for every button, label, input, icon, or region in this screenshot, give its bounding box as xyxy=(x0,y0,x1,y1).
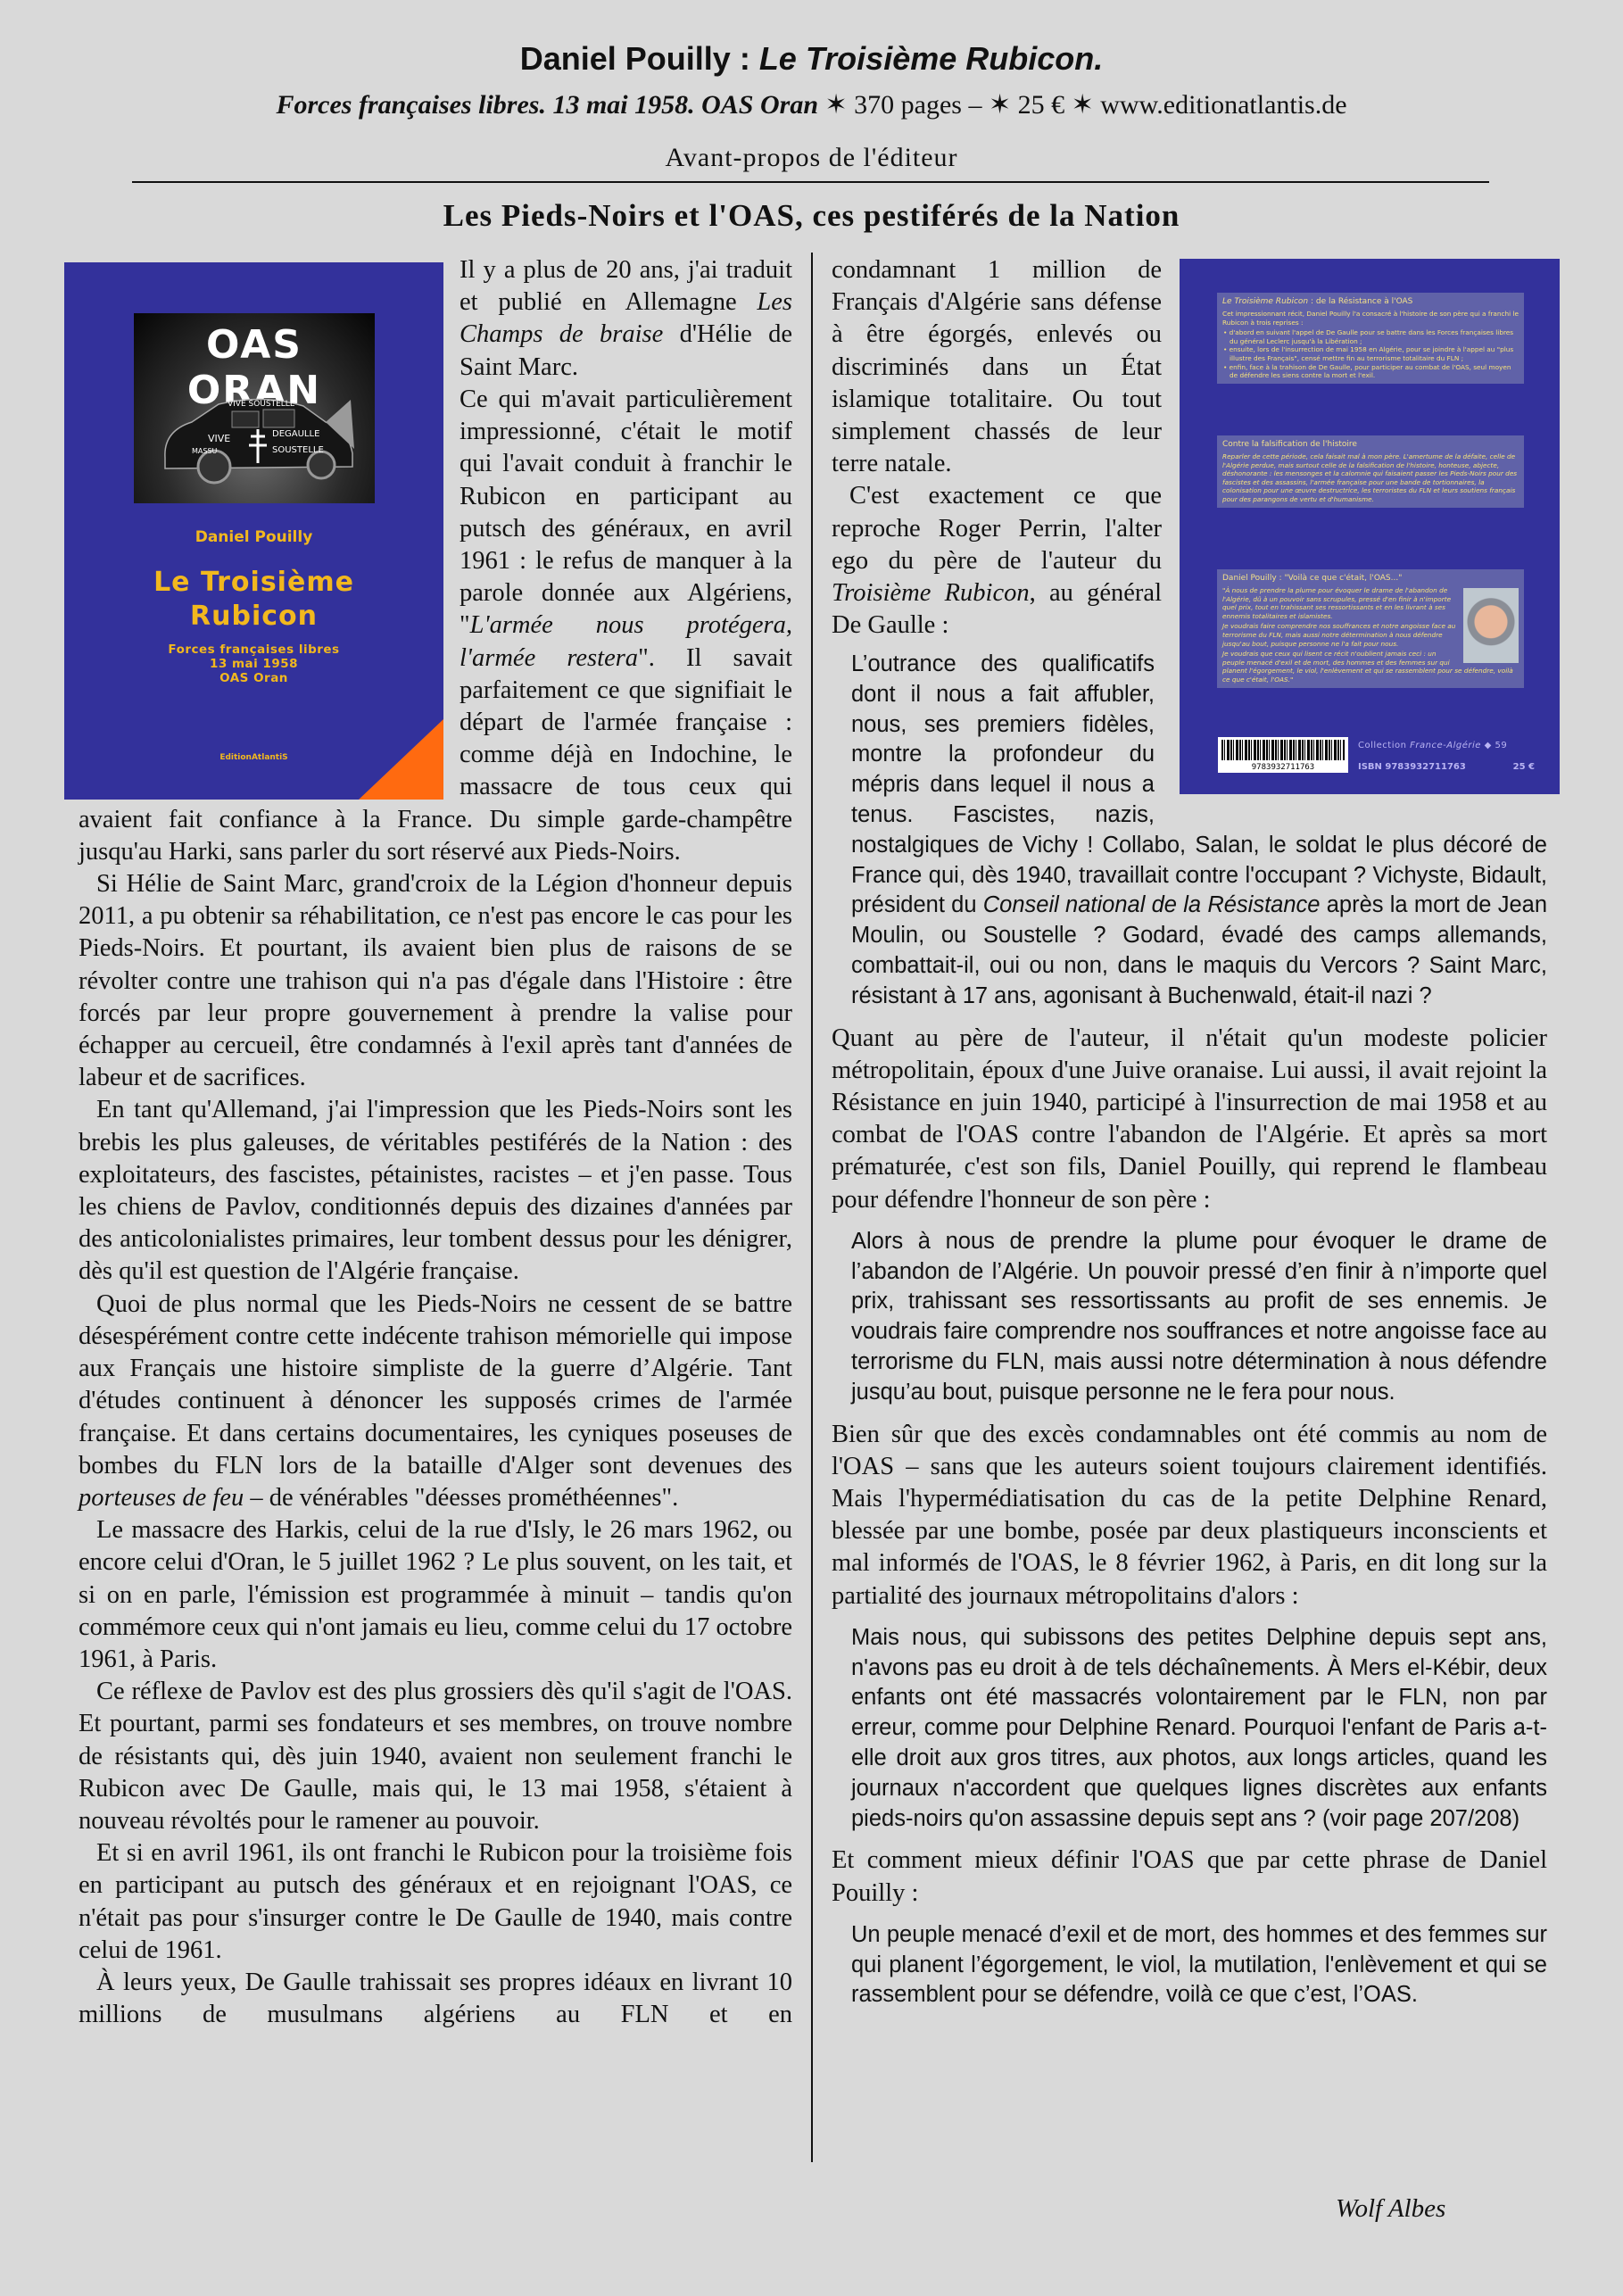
paragraph: condamnant 1 million de Français d'Algér… xyxy=(832,254,1162,480)
paragraph: Le massacre des Harkis, celui de la rue … xyxy=(79,1514,792,1676)
summary-list: d'abord en suivant l'appel de De Gaulle … xyxy=(1222,328,1519,380)
article-column-right-top: condamnant 1 million de Français d'Algér… xyxy=(832,254,1162,642)
paragraph: Quant au père de l'auteur, il n'était qu… xyxy=(832,1023,1547,1216)
list-item: d'abord en suivant l'appel de De Gaulle … xyxy=(1230,328,1519,345)
back-cover-box-summary: Le Troisième Rubicon : de la Résistance … xyxy=(1217,293,1524,384)
header-author: Daniel Pouilly xyxy=(520,40,731,77)
paragraph: Si Hélie de Saint Marc, grand'croix de l… xyxy=(79,868,792,1094)
paragraph: À leurs yeux, De Gaulle trahissait ses p… xyxy=(79,1967,792,2031)
paragraph: C'est exactement ce que reproche Roger P… xyxy=(832,480,1162,642)
article-column-left-flow: Ce qui m'avait particulièrement impressi… xyxy=(79,384,792,2031)
paragraph: Et si en avril 1961, ils ont franchi le … xyxy=(79,1837,792,1967)
list-item: ensuite, lors de l'insurrection de mai 1… xyxy=(1230,345,1519,362)
quote-oas-definition: Un peuple menacé d’exil et de mort, des … xyxy=(851,1920,1547,2010)
paragraph: En tant qu'Allemand, j'ai l'impression q… xyxy=(79,1094,792,1288)
book-details: Forces françaises libres. 13 mai 1958. O… xyxy=(0,89,1623,120)
quote-delphine: Mais nous, qui subissons des petites Del… xyxy=(851,1623,1547,1835)
book-subtitle: Forces françaises libres. 13 mai 1958. O… xyxy=(276,90,818,120)
paragraph: Il y a plus de 20 ans, j'ai traduit et p… xyxy=(460,254,792,384)
book-meta: ✶ 370 pages – ✶ 25 € ✶ www.editionatlant… xyxy=(818,90,1347,120)
paragraph: Et comment mieux définir l'OAS que par c… xyxy=(832,1844,1547,1909)
cover-float-spacer xyxy=(79,384,460,803)
article-column-left-top: Il y a plus de 20 ans, j'ai traduit et p… xyxy=(460,254,792,384)
page-title: Daniel Pouilly : Le Troisième Rubicon. xyxy=(0,40,1623,78)
horizontal-divider xyxy=(132,181,1489,183)
back-cover-box-history: Contre la falsification de l'histoire Re… xyxy=(1217,435,1524,508)
quote-pouilly: Alors à nous de prendre la plume pour év… xyxy=(851,1227,1547,1408)
paragraph: Bien sûr que des excès condamnables ont … xyxy=(832,1419,1547,1612)
back-cover-float-spacer xyxy=(1155,650,1547,801)
column-divider xyxy=(811,253,813,2162)
article-column-right-flow: L’outrance des qualificatifs dont il nou… xyxy=(832,650,1547,2010)
author-signature: Wolf Albes xyxy=(1336,2194,1445,2224)
paragraph: Ce réflexe de Pavlov est des plus grossi… xyxy=(79,1676,792,1837)
section-kicker: Avant-propos de l'éditeur xyxy=(0,143,1623,173)
article-headline: Les Pieds-Noirs et l'OAS, ces pestiférés… xyxy=(0,198,1623,234)
paragraph: Quoi de plus normal que les Pieds-Noirs … xyxy=(79,1289,792,1514)
list-item: enfin, face à la trahison de De Gaulle, … xyxy=(1230,363,1519,380)
header-book-title: Le Troisième Rubicon. xyxy=(759,40,1103,77)
